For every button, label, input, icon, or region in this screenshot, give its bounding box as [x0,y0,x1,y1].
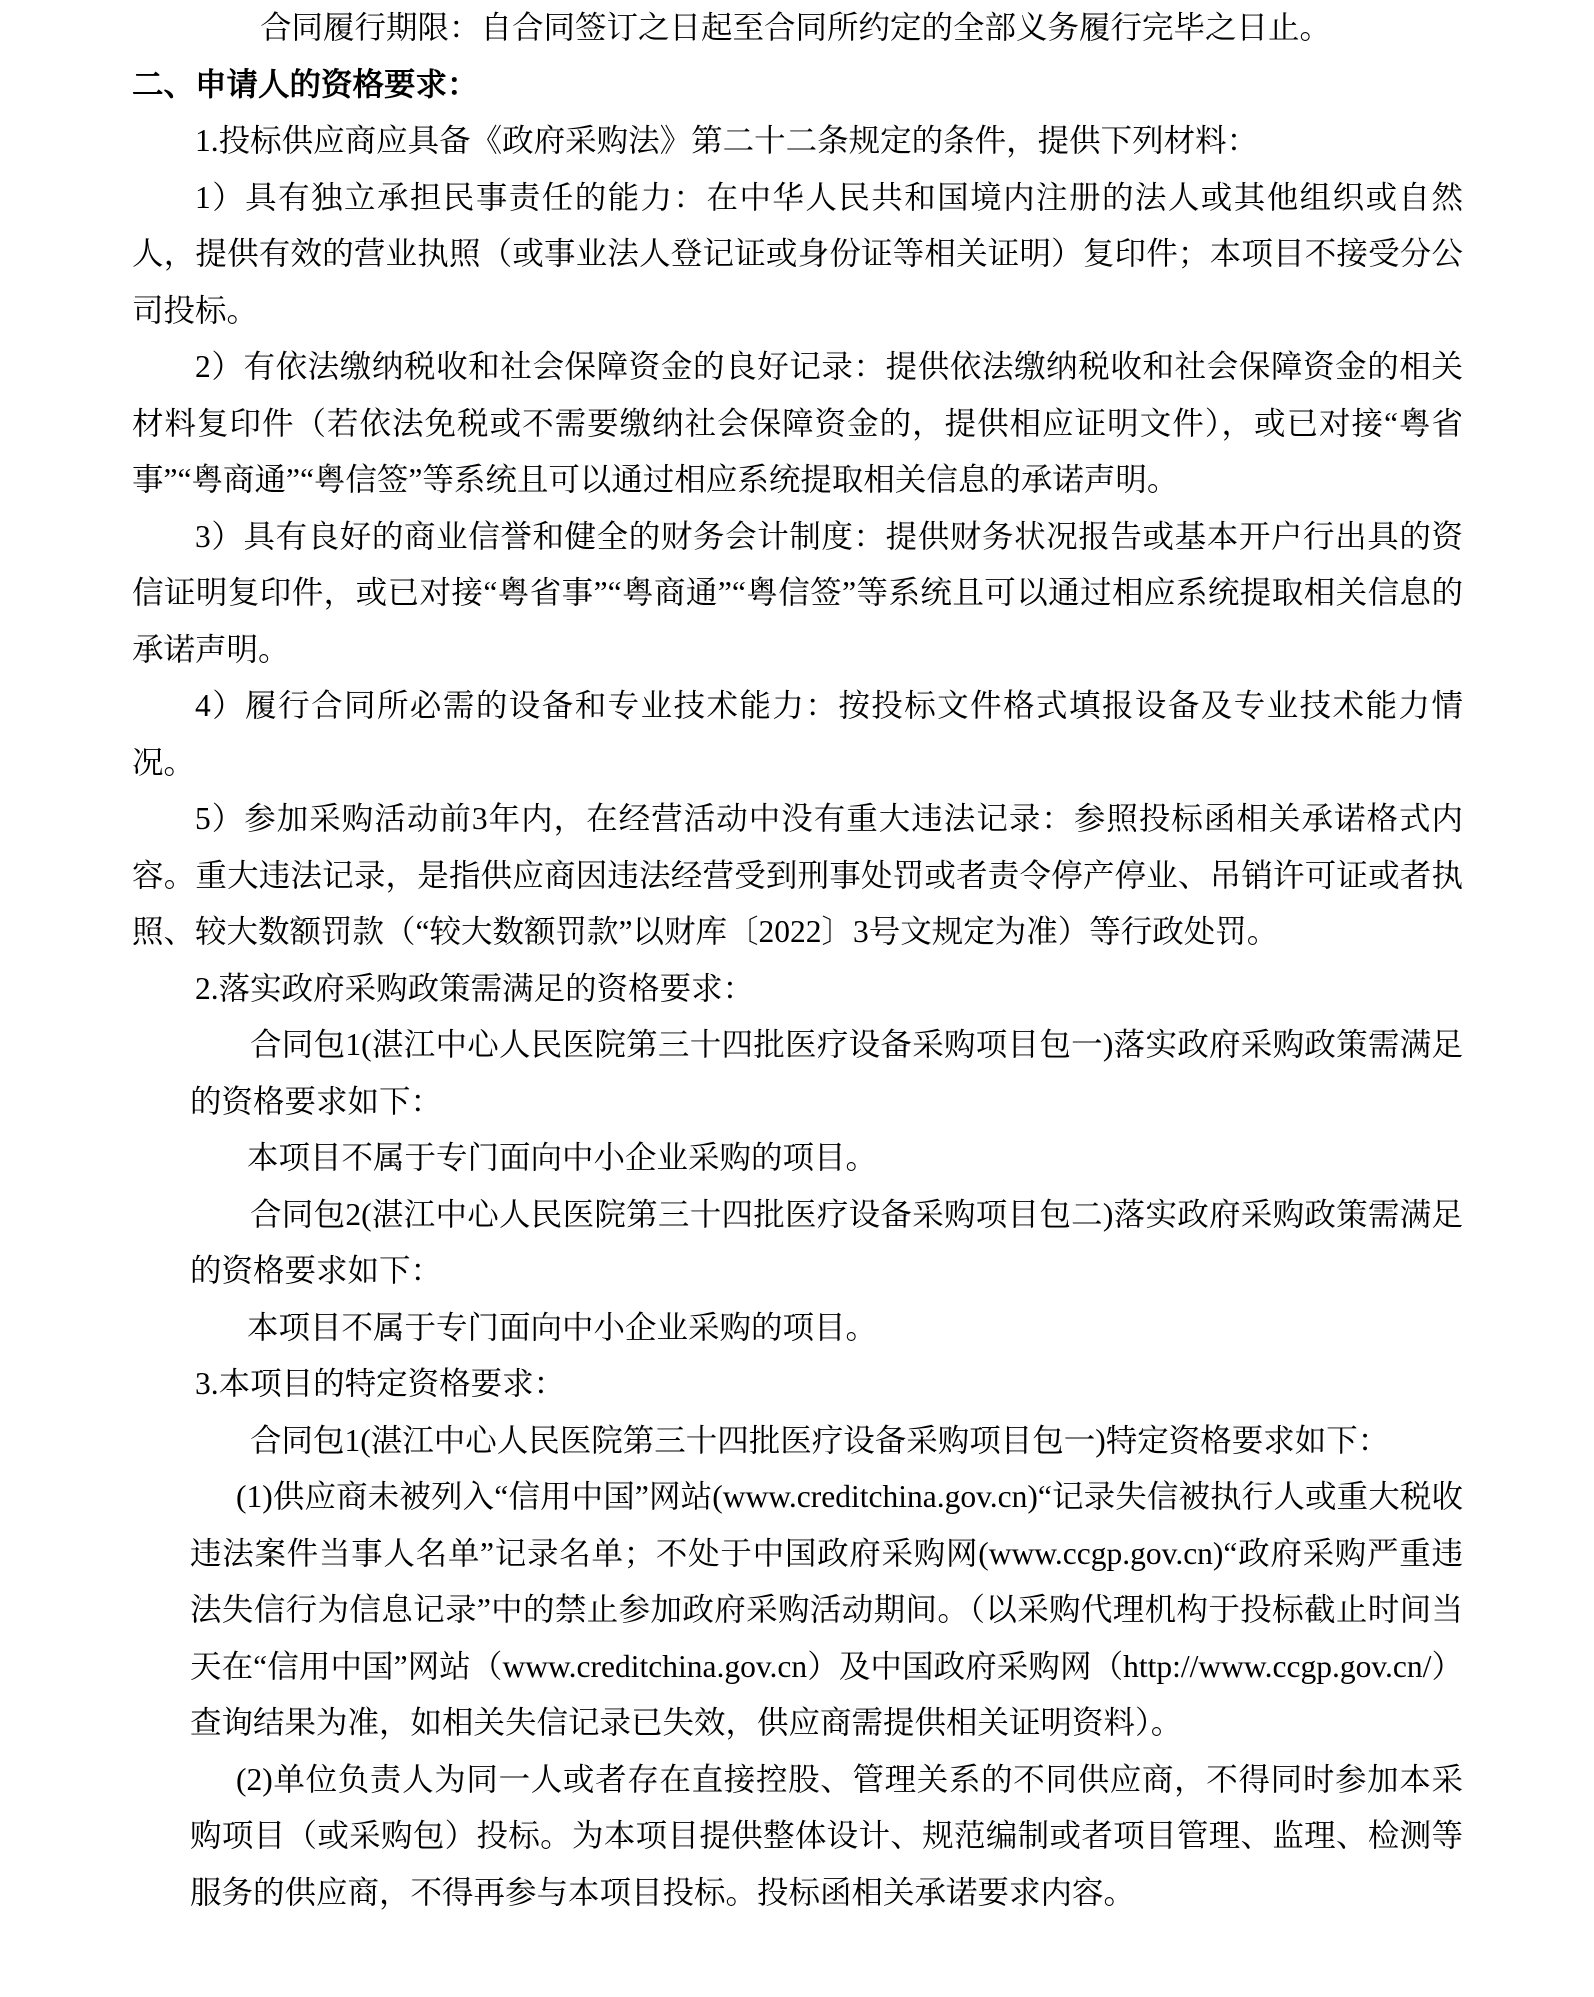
section-heading: 二、申请人的资格要求： [132,57,1463,114]
document-page: 合同履行期限：自合同签订之日起至合同所约定的全部义务履行完毕之日止。 二、申请人… [0,0,1594,1997]
paragraph: 2）有依法缴纳税收和社会保障资金的良好记录：提供依法缴纳税收和社会保障资金的相关… [132,339,1463,509]
paragraph: 5）参加采购活动前3年内，在经营活动中没有重大违法记录：参照投标函相关承诺格式内… [132,791,1463,961]
paragraph: (1)供应商未被列入“信用中国”网站(www.creditchina.gov.c… [190,1469,1463,1752]
paragraph: 3）具有良好的商业信誉和健全的财务会计制度：提供财务状况报告或基本开户行出具的资… [132,509,1463,679]
paragraph: 合同包2(湛江中心人民医院第三十四批医疗设备采购项目包二)落实政府采购政策需满足… [190,1187,1463,1300]
contract-period-line: 合同履行期限：自合同签订之日起至合同所约定的全部义务履行完毕之日止。 [132,0,1463,57]
paragraph: 4）履行合同所必需的设备和专业技术能力：按投标文件格式填报设备及专业技术能力情况… [132,678,1463,791]
paragraph: (2)单位负责人为同一人或者存在直接控股、管理关系的不同供应商，不得同时参加本采… [190,1752,1463,1922]
paragraphs-container: 1.投标供应商应具备《政府采购法》第二十二条规定的条件，提供下列材料：1）具有独… [132,113,1463,1921]
paragraph: 1.投标供应商应具备《政府采购法》第二十二条规定的条件，提供下列材料： [132,113,1463,170]
paragraph: 2.落实政府采购政策需满足的资格要求： [132,961,1463,1018]
paragraph: 合同包1(湛江中心人民医院第三十四批医疗设备采购项目包一)落实政府采购政策需满足… [190,1017,1463,1130]
paragraph: 本项目不属于专门面向中小企业采购的项目。 [190,1300,1463,1357]
paragraph: 1）具有独立承担民事责任的能力：在中华人民共和国境内注册的法人或其他组织或自然人… [132,170,1463,340]
paragraph: 合同包1(湛江中心人民医院第三十四批医疗设备采购项目包一)特定资格要求如下： [190,1413,1463,1470]
paragraph: 本项目不属于专门面向中小企业采购的项目。 [190,1130,1463,1187]
paragraph: 3.本项目的特定资格要求： [132,1356,1463,1413]
